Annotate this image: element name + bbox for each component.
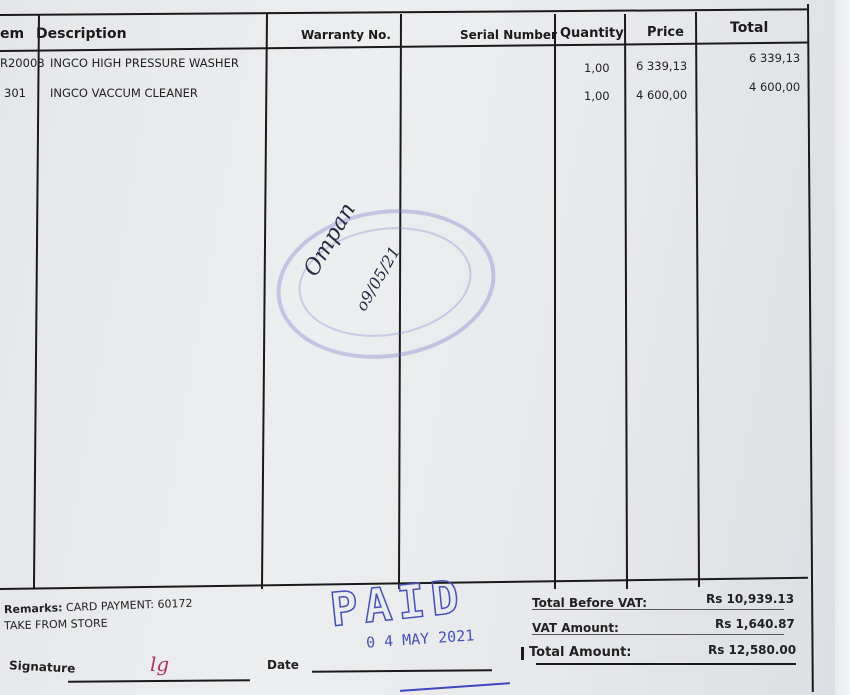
row1-price: 6 339,13 (636, 59, 687, 73)
row2-quantity: 1,00 (584, 89, 610, 103)
vat-amount-label: VAT Amount: (532, 621, 619, 635)
header-total: Total (730, 20, 768, 36)
row1-total: 6 339,13 (749, 51, 800, 65)
remarks-line2: TAKE FROM STORE (4, 617, 108, 633)
row2-total: 4 600,00 (749, 80, 800, 94)
row2-price: 4 600,00 (636, 88, 687, 102)
row2-item: 301 (4, 86, 26, 100)
remarks-label: Remarks: (4, 601, 63, 616)
header-serial: Serial Number (460, 28, 557, 42)
signature-mark: lg (150, 652, 169, 676)
row1-quantity: 1,00 (584, 61, 610, 75)
total-amount-underline (536, 663, 796, 665)
header-quantity: Quantity (560, 26, 624, 41)
paper-edge (835, 0, 850, 695)
row1-description: INGCO HIGH PRESSURE WASHER (50, 56, 239, 70)
total-before-vat-label: Total Before VAT: (532, 596, 647, 610)
row1-item: R20008 (0, 56, 45, 70)
header-item: em (0, 26, 24, 42)
total-before-vat-value: Rs 10,939.13 (706, 592, 794, 606)
vat-amount-value: Rs 1,640.87 (715, 617, 795, 631)
row2-description: INGCO VACCUM CLEANER (50, 86, 198, 100)
header-price: Price (647, 25, 684, 40)
vat-amount-underline (532, 634, 784, 635)
total-amount-label: Total Amount: (529, 645, 632, 660)
total-amount-value: Rs 12,580.00 (708, 643, 796, 657)
header-description: Description (36, 26, 127, 42)
total-before-vat-underline (532, 609, 784, 610)
col-divider-4 (554, 14, 556, 589)
header-warranty: Warranty No. (301, 28, 391, 42)
total-amount-marker (521, 647, 524, 660)
date-label: Date (267, 658, 299, 672)
